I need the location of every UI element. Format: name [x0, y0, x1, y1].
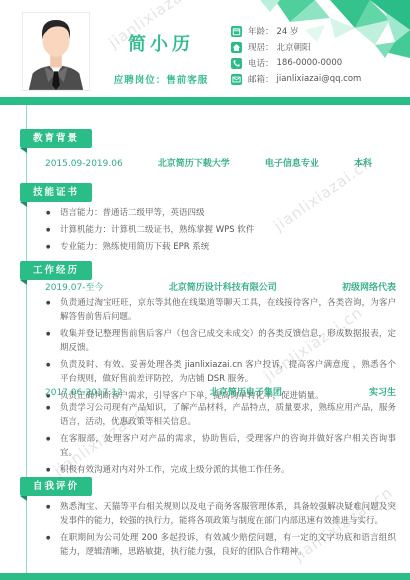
education-date: 2015.09-2019.06	[45, 159, 123, 169]
education-school: 北京简历下载大学	[158, 156, 230, 169]
avatar-illustration	[23, 13, 89, 90]
section-title-work: 工作经历	[20, 261, 92, 280]
job-duty: 负责通过淘宝旺旺，京东等其他在线渠道等聊天工具，在线接待客户，各类咨询，为客户解…	[45, 296, 396, 324]
info-row-phone: 电话： 186-0000-0000	[231, 55, 361, 71]
job-date: 2019.07-至今	[45, 280, 103, 293]
info-row-email: 邮箱： jianlixiazai@qq.com	[231, 71, 361, 87]
contact-info: 年龄： 24 岁 现居： 北京朝阳 电话： 186-0000-0000 邮箱： …	[231, 23, 361, 87]
home-icon	[231, 42, 242, 53]
job-duty: 负责学习公司现有产品知识，了解产品材料，产品特点，质量要求，熟练应用产品，服务语…	[45, 401, 396, 429]
phone-value: 186-0000-0000	[277, 58, 343, 68]
info-row-residence: 现居： 北京朝阳	[231, 39, 361, 55]
section-title-evaluation: 自我评价	[20, 477, 92, 496]
info-row-age: 年龄： 24 岁	[231, 23, 361, 39]
job-duties-list: 负责学习公司现有产品知识，了解产品材料，产品特点，质量要求，熟练应用产品，服务语…	[45, 401, 396, 480]
footer-bar	[0, 573, 410, 580]
job-role: 实习生	[369, 385, 396, 398]
skill-item: 语言能力：普通话二级甲等，英语四级	[45, 206, 396, 220]
evaluation-item: 熟悉淘宝、天猫等平台相关规则以及电子商务客服管理体系，具备较强解决疑难问题及突发…	[45, 500, 396, 528]
job-date: 2017.06-2017.12	[45, 388, 123, 398]
section-title-education: 教育背景	[20, 129, 92, 148]
mail-icon	[231, 74, 242, 85]
evaluation-item: 在职期间为公司处理 200 多起投诉，有效减少赔偿问题，有一定的文字功底和语言组…	[45, 531, 396, 559]
job-header: 2017.06-2017.12 北京简历电子集团 实习生	[45, 385, 396, 398]
education-degree: 本科	[354, 156, 372, 169]
evaluation-list: 熟悉淘宝、天猫等平台相关规则以及电子商务客服管理体系，具备较强解决疑难问题及突发…	[45, 500, 396, 562]
skill-item: 专业能力：熟练使用简历下载 EPR 系统	[45, 240, 396, 254]
desired-position: 应聘岗位：售前客服	[96, 72, 226, 86]
residence-value: 北京朝阳	[277, 41, 311, 53]
education-row: 2015.09-2019.06 北京简历下载大学 电子信息专业 本科	[45, 156, 372, 169]
timeline-line	[26, 105, 27, 573]
candidate-name: 简小历	[96, 30, 226, 56]
skills-list: 语言能力：普通话二级甲等，英语四级 计算机能力：计算机二级证书，熟练掌握 WPS…	[45, 206, 396, 257]
skill-item: 计算机能力：计算机二级证书，熟练掌握 WPS 软件	[45, 223, 396, 237]
info-label: 现居：	[248, 41, 274, 53]
info-label: 邮箱：	[248, 73, 274, 85]
job-role: 初级网络代表	[342, 280, 396, 293]
phone-icon	[231, 58, 242, 69]
job-duty: 收集并登记整理售前售后客户（包含已成交未成交）的各类反馈信息，形成数据报表，定期…	[45, 327, 396, 355]
calendar-icon	[231, 26, 242, 37]
job-company: 北京简历设计科技有限公司	[169, 280, 277, 293]
info-label: 年龄：	[248, 25, 274, 37]
job-duty: 积极有效沟通对内对外工作，完成上级分派的其他工作任务。	[45, 463, 396, 477]
section-title-skills: 技能证书	[20, 183, 92, 202]
job-company: 北京简历电子集团	[210, 385, 282, 398]
job-duty: 负责及时、有效、妥善处理各类 jianlixiazai.cn 客户投诉，提高客户…	[45, 358, 396, 386]
avatar	[22, 12, 90, 91]
email-value: jianlixiazai@qq.com	[277, 74, 362, 84]
info-label: 电话：	[248, 57, 274, 69]
resume-page: jianlixiazai.cn jianlixiazai.cn jianlixi…	[0, 0, 410, 580]
job-duty: 在客服部，处理客户对产品的需求，协助售后，受理客户的咨询并做好客户相关咨询事宜。	[45, 432, 396, 460]
education-major: 电子信息专业	[265, 156, 319, 169]
age-value: 24 岁	[277, 25, 299, 37]
job-header: 2019.07-至今 北京简历设计科技有限公司 初级网络代表	[45, 280, 396, 293]
header-divider-bar	[0, 97, 410, 105]
